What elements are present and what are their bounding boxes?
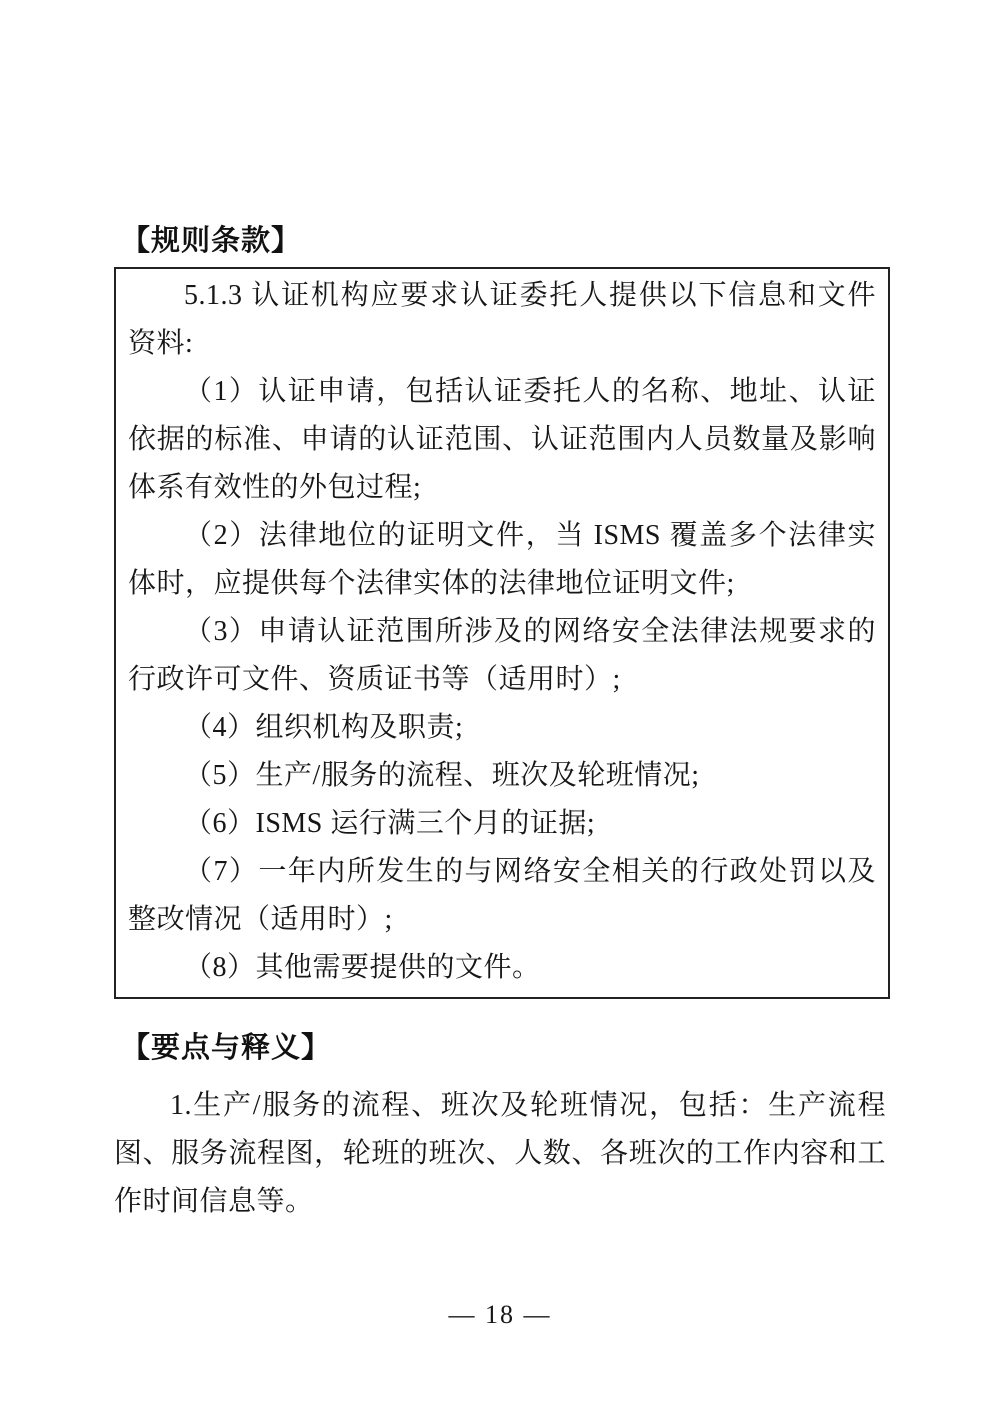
rule-paragraph-513: 5.1.3 认证机构应要求认证委托人提供以下信息和文件资料:: [128, 272, 876, 368]
rule-item-3: （3）申请认证范围所涉及的网络安全法律法规要求的行政许可文件、资质证书等（适用时…: [128, 608, 876, 704]
notes-paragraph-1: 1.生产/服务的流程、班次及轮班情况，包括：生产流程图、服务流程图，轮班的班次、…: [114, 1082, 886, 1226]
page-number: — 18 —: [0, 1298, 1000, 1332]
rule-item-1: （1）认证申请，包括认证委托人的名称、地址、认证依据的标准、申请的认证范围、认证…: [128, 368, 876, 512]
key-points-heading: 【要点与释义】: [121, 1031, 331, 1065]
rule-clause-box: 5.1.3 认证机构应要求认证委托人提供以下信息和文件资料: （1）认证申请，包…: [114, 267, 890, 999]
rule-item-2: （2）法律地位的证明文件，当 ISMS 覆盖多个法律实体时，应提供每个法律实体的…: [128, 512, 876, 608]
rule-item-7: （7）一年内所发生的与网络安全相关的行政处罚以及整改情况（适用时）;: [128, 848, 876, 944]
rule-item-8: （8）其他需要提供的文件。: [128, 944, 876, 992]
key-points-section: 1.生产/服务的流程、班次及轮班情况，包括：生产流程图、服务流程图，轮班的班次、…: [114, 1082, 886, 1226]
rule-item-5: （5）生产/服务的流程、班次及轮班情况;: [128, 752, 876, 800]
rule-clauses-heading: 【规则条款】: [121, 224, 301, 258]
rule-item-4: （4）组织机构及职责;: [128, 704, 876, 752]
document-page: 【规则条款】 5.1.3 认证机构应要求认证委托人提供以下信息和文件资料: （1…: [0, 0, 1000, 1414]
rule-item-6: （6）ISMS 运行满三个月的证据;: [128, 800, 876, 848]
